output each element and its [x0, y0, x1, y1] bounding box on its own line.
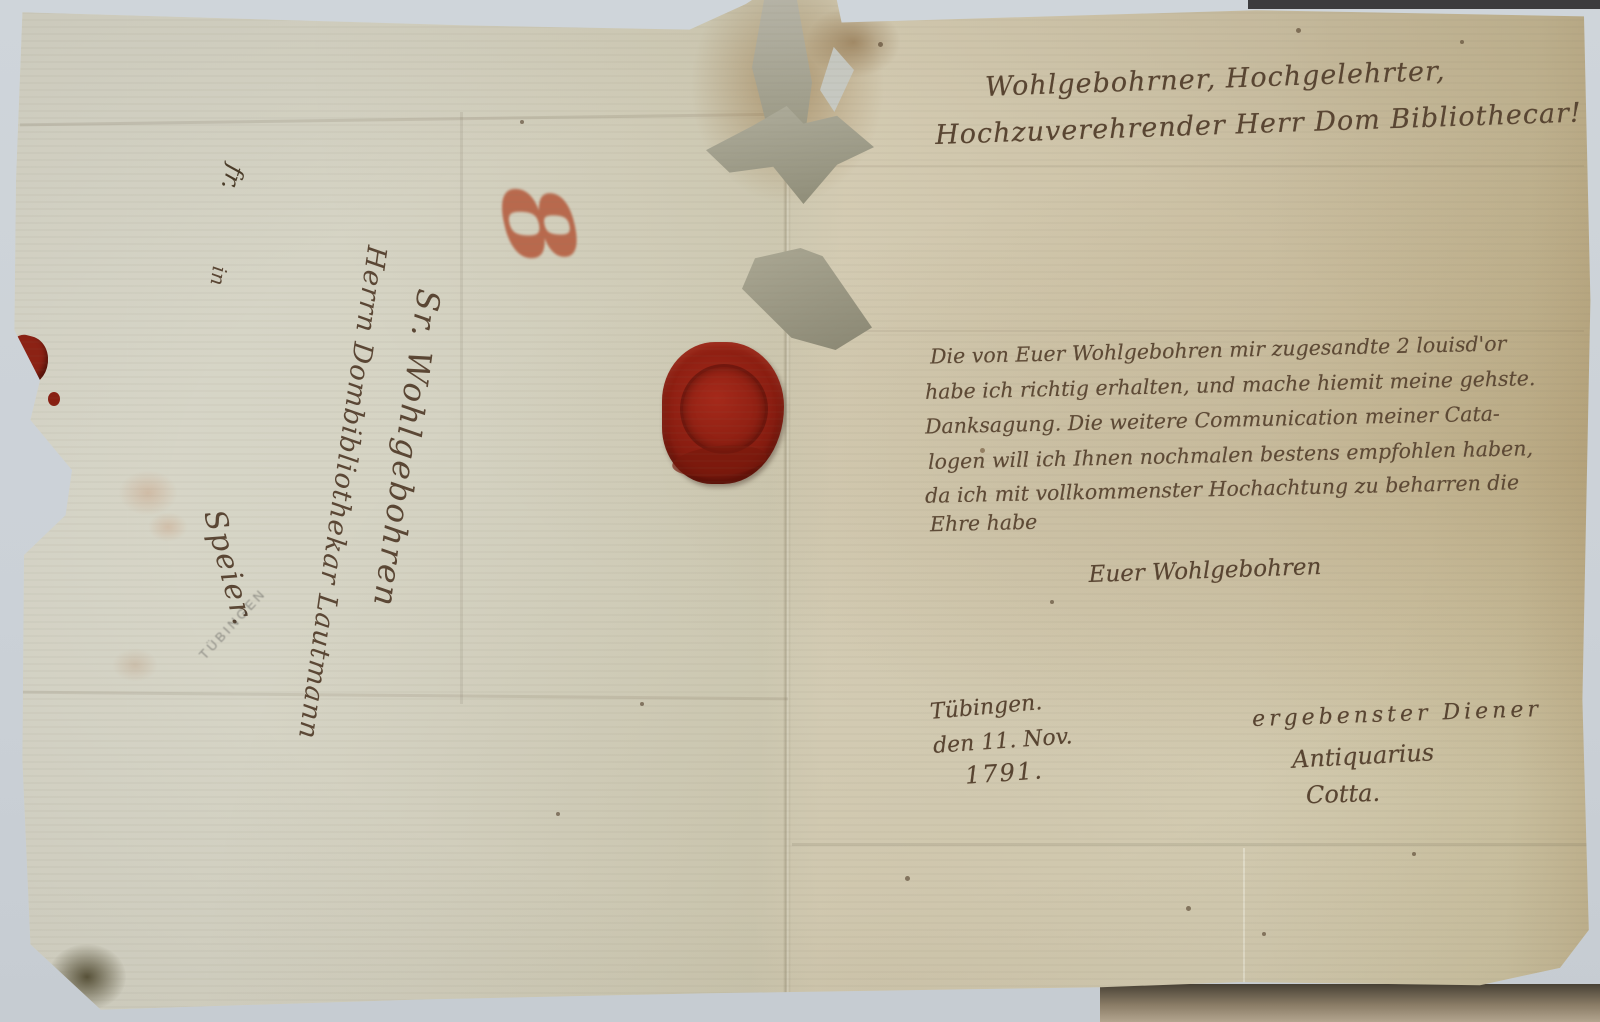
- ink-speck: [1186, 906, 1191, 911]
- ink-speck: [905, 876, 910, 881]
- foxing-spot: [118, 470, 178, 516]
- paper-tear-shard: [817, 46, 858, 114]
- address-line-2: Herrn Dombibliothekar Lautmann: [292, 244, 392, 742]
- foxing-spot: [148, 512, 188, 542]
- dateline-year: 1791.: [964, 756, 1044, 789]
- body-line: logen will ich Ihnen nochmalen bestens e…: [928, 436, 1533, 474]
- paper-tear-top: [752, 0, 812, 150]
- letter-paper: 8 Wohlgebohrner, Hochgelehrter, Hochzuve…: [0, 0, 1600, 1022]
- signature-valediction: ergebenster Diener: [1252, 697, 1543, 732]
- fold-stain-small: [806, 6, 901, 78]
- paper-tear-butterfly: [706, 106, 874, 204]
- table-surface: [1100, 984, 1600, 1022]
- body-line: Ehre habe: [930, 510, 1038, 536]
- left-page-bottom-crease: [20, 691, 788, 701]
- ink-speck: [556, 812, 560, 816]
- salutation-line-1: Wohlgebohrner, Hochgelehrter,: [985, 56, 1436, 103]
- closing-formula: Euer Wohlgebohren: [1010, 551, 1401, 591]
- signature-title: Antiquarius: [1291, 738, 1434, 773]
- letter-photograph: 8 Wohlgebohrner, Hochgelehrter, Hochzuve…: [0, 0, 1600, 1022]
- corner-stain: [48, 944, 126, 1010]
- chalk-rate-mark: 8: [477, 173, 599, 277]
- ink-speck: [878, 42, 883, 47]
- foxing-spot: [112, 648, 158, 682]
- wax-seal: [662, 342, 784, 484]
- wax-seal-impression: [680, 364, 768, 454]
- salutation-line-2: Hochzuverehrender Herr Dom Bibliothecar!: [935, 100, 1511, 151]
- ink-speck: [1296, 28, 1301, 33]
- right-page-low-crease: [792, 843, 1590, 846]
- address-line-3: in: [206, 265, 232, 287]
- signature-name: Cotta.: [1306, 779, 1381, 810]
- dateline-day: den 11. Nov.: [932, 724, 1073, 759]
- body-line: Die von Euer Wohlgebohren mir zugesandte…: [930, 331, 1507, 368]
- body-line: habe ich richtig erhalten, und mache hie…: [925, 366, 1536, 404]
- body-line: da ich mit vollkommenster Hochachtung zu…: [925, 470, 1520, 507]
- ink-speck: [640, 702, 644, 706]
- wax-remnant-dot: [48, 392, 60, 406]
- right-page-top-crease: [792, 165, 1584, 167]
- wax-remnant: [0, 331, 54, 390]
- left-page-vertical-crease: [460, 112, 463, 704]
- photo-edge-strip: [1248, 0, 1600, 9]
- dateline-place: Tübingen.: [929, 690, 1043, 725]
- body-line: Danksagung. Die weitere Communication me…: [925, 401, 1500, 438]
- paper-texture: [0, 0, 1600, 1022]
- fold-stain: [690, 0, 885, 205]
- ink-speck: [1262, 932, 1266, 936]
- ink-speck: [520, 120, 524, 124]
- ink-speck: [1460, 40, 1464, 44]
- franco-mark: fr.: [216, 161, 250, 194]
- wax-seal-drip: [671, 441, 769, 481]
- ink-speck: [1412, 852, 1416, 856]
- paper-tear-middle: [742, 248, 872, 350]
- ink-speck: [1050, 600, 1054, 604]
- center-fold-crease: [783, 8, 791, 1008]
- right-page-faint-crease: [1243, 848, 1245, 998]
- left-page-top-crease: [20, 113, 788, 127]
